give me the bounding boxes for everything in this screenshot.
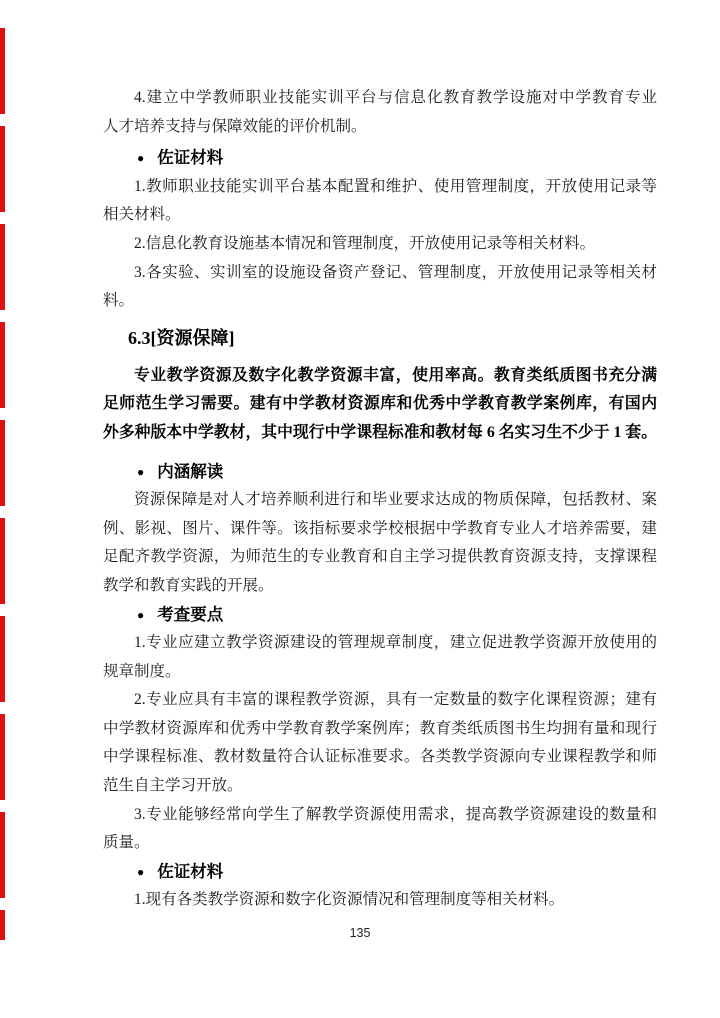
- text-line: 人才培养支持与保障效能的评价机制。: [103, 113, 657, 142]
- text-line: 教学和教育实践的开展。: [103, 572, 657, 601]
- bullet-heading-label: 佐证材料: [157, 148, 223, 167]
- bullet-heading-evidence-materials-2: ●佐证材料: [103, 858, 657, 887]
- text-line: 中学课程标准、教材数量符合认证标准要求。各类教学资源向专业课程教学和师: [103, 743, 657, 772]
- paragraph: 1.专业应建立教学资源建设的管理规章制度，建立促进教学资源开放使用的 规章制度。: [103, 629, 657, 686]
- bullet-icon: ●: [137, 608, 144, 622]
- bullet-heading-label: 佐证材料: [157, 862, 223, 881]
- text-line: 规章制度。: [103, 658, 657, 687]
- paragraph: 1.教师职业技能实训平台基本配置和维护、使用管理制度，开放使用记录等 相关材料。: [103, 173, 657, 230]
- paragraph: 资源保障是对人才培养顺利进行和毕业要求达成的物质保障，包括教材、案 例、影视、图…: [103, 486, 657, 600]
- paragraph: 3.各实验、实训室的设施设备资产登记、管理制度，开放使用记录等相关材 料。: [103, 259, 657, 316]
- text-line: 例、影视、图片、课件等。该指标要求学校根据中学教育专业人才培养需要，建: [103, 515, 657, 544]
- text-line: 范生自主学习开放。: [103, 772, 657, 801]
- text-line: 4.建立中学教师职业技能实训平台与信息化教育教学设施对中学教育专业: [103, 84, 657, 113]
- document-body: 4.建立中学教师职业技能实训平台与信息化教育教学设施对中学教育专业 人才培养支持…: [103, 84, 657, 915]
- bullet-heading-connotation-interpretation: ●内涵解读: [103, 458, 657, 487]
- text-line: 2.信息化教育设施基本情况和管理制度，开放使用记录等相关材料。: [103, 230, 657, 259]
- bullet-heading-examination-points: ●考查要点: [103, 601, 657, 630]
- text-line: 足师范生学习需要。建有中学教材资源库和优秀中学教育教学案例库，有国内: [103, 390, 657, 419]
- text-line: 2.专业应具有丰富的课程教学资源，具有一定数量的数字化课程资源；建有: [103, 686, 657, 715]
- paragraph: 4.建立中学教师职业技能实训平台与信息化教育教学设施对中学教育专业 人才培养支持…: [103, 84, 657, 141]
- text-line: 相关材料。: [103, 201, 657, 230]
- bullet-icon: ●: [137, 865, 144, 879]
- text-line: 3.各实验、实训室的设施设备资产登记、管理制度，开放使用记录等相关材: [103, 259, 657, 288]
- section-heading-6-3-resource-guarantee: 6.3[资源保障]: [103, 320, 657, 356]
- text-line: 3.专业能够经常向学生了解教学资源使用需求，提高教学资源建设的数量和: [103, 801, 657, 830]
- text-line: 中学教材资源库和优秀中学教育教学案例库；教育类纸质图书生均拥有量和现行: [103, 715, 657, 744]
- paragraph: 1.现有各类教学资源和数字化资源情况和管理制度等相关材料。: [103, 886, 657, 915]
- text-line: 外多种版本中学教材，其中现行中学课程标准和教材每 6 名实习生不少于 1 套。: [103, 419, 657, 448]
- text-line: 料。: [103, 287, 657, 316]
- bold-standard-paragraph: 专业教学资源及数字化教学资源丰富，使用率高。教育类纸质图书充分满 足师范生学习需…: [103, 362, 657, 448]
- text-line: 1.教师职业技能实训平台基本配置和维护、使用管理制度，开放使用记录等: [103, 173, 657, 202]
- left-edge-revision-marks: [0, 28, 5, 940]
- bullet-icon: ●: [137, 151, 144, 165]
- paragraph: 3.专业能够经常向学生了解教学资源使用需求，提高教学资源建设的数量和 质量。: [103, 801, 657, 858]
- bullet-heading-evidence-materials: ●佐证材料: [103, 144, 657, 173]
- text-line: 1.现有各类教学资源和数字化资源情况和管理制度等相关材料。: [103, 886, 657, 915]
- bullet-icon: ●: [137, 465, 144, 479]
- text-line: 资源保障是对人才培养顺利进行和毕业要求达成的物质保障，包括教材、案: [103, 486, 657, 515]
- text-line: 1.专业应建立教学资源建设的管理规章制度，建立促进教学资源开放使用的: [103, 629, 657, 658]
- page-number: 135: [0, 926, 720, 940]
- paragraph: 2.信息化教育设施基本情况和管理制度，开放使用记录等相关材料。: [103, 230, 657, 259]
- text-line: 足配齐教学资源，为师范生的专业教育和自主学习提供教育资源支持，支撑课程: [103, 543, 657, 572]
- document-page: 4.建立中学教师职业技能实训平台与信息化教育教学设施对中学教育专业 人才培养支持…: [0, 0, 720, 1018]
- text-line: 质量。: [103, 829, 657, 858]
- bullet-heading-label: 内涵解读: [157, 462, 223, 481]
- bullet-heading-label: 考查要点: [157, 605, 223, 624]
- text-line: 专业教学资源及数字化教学资源丰富，使用率高。教育类纸质图书充分满: [103, 362, 657, 391]
- paragraph: 2.专业应具有丰富的课程教学资源，具有一定数量的数字化课程资源；建有 中学教材资…: [103, 686, 657, 800]
